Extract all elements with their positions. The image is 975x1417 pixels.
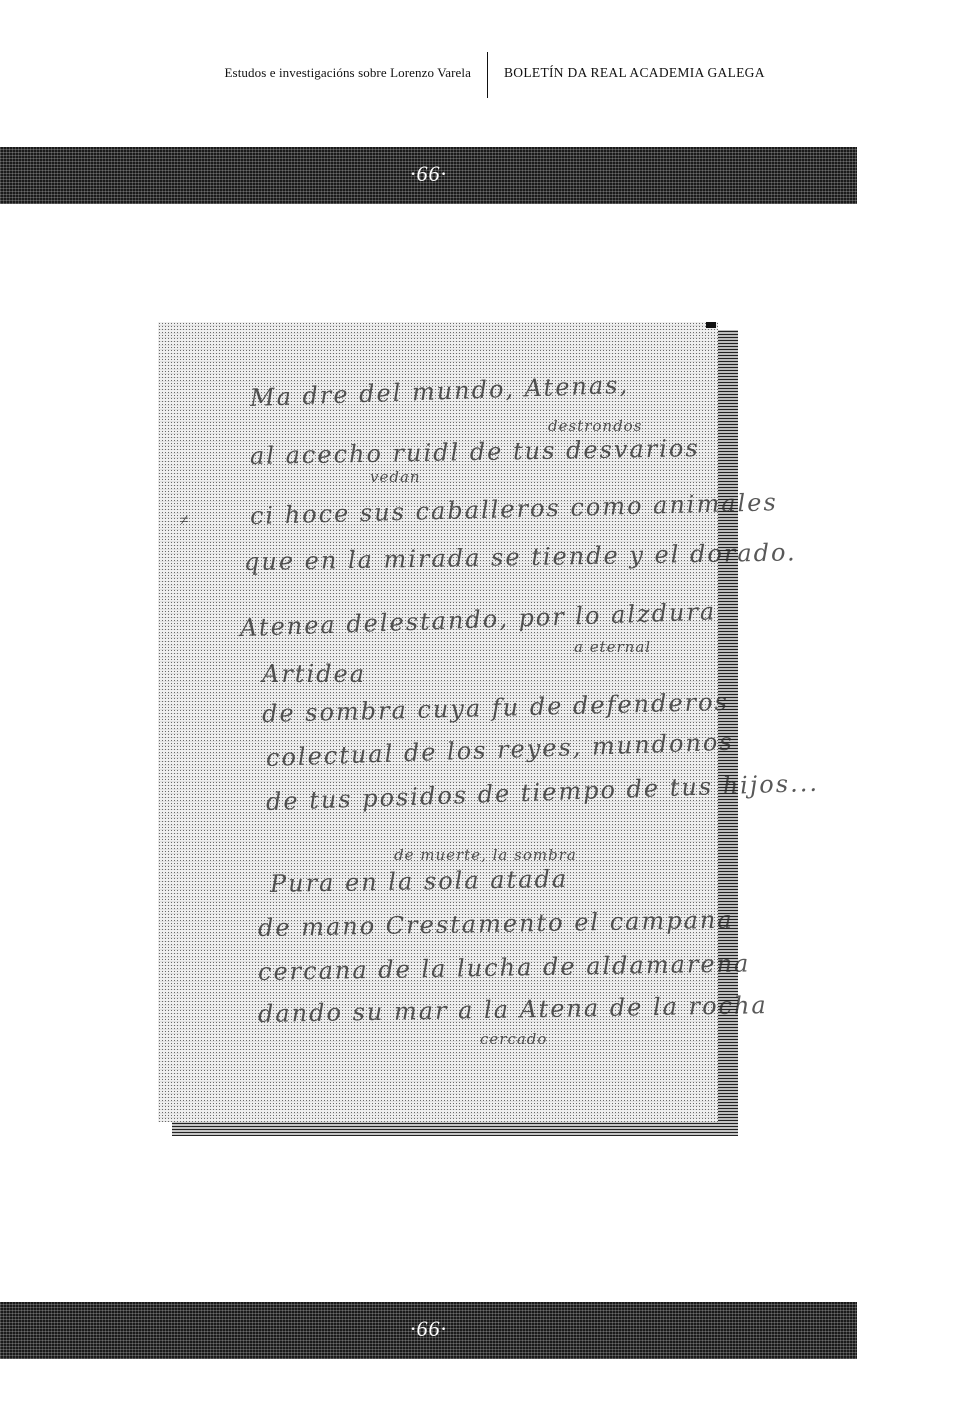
running-header-journal-title: BOLETÍN DA REAL ACADEMIA GALEGA xyxy=(504,65,765,81)
running-header-divider xyxy=(487,52,488,98)
manuscript-facsimile: ≠ Ma dre del mundo, Atenas, destrondos a… xyxy=(158,322,738,1136)
running-header-section-title: Estudos e investigacións sobre Lorenzo V… xyxy=(225,65,472,81)
footer-band: ·66· xyxy=(0,1302,857,1359)
handwritten-line: colectual de los reyes, mundonos xyxy=(266,728,735,772)
handwritten-line: de mano Crestamento el campana xyxy=(258,906,734,942)
handwritten-interlinear: a eternal xyxy=(574,638,651,656)
page-number-top: ·66· xyxy=(0,161,857,187)
handwritten-line: cercana de la lucha de aldamarena xyxy=(258,949,751,986)
handwritten-line: que en la mirada se tiende y el dorado. xyxy=(244,538,797,576)
handwritten-line: Pura en la sola atada xyxy=(270,865,569,898)
manuscript-shadow-bottom xyxy=(172,1120,738,1136)
handwritten-interlinear: vedan xyxy=(370,468,421,486)
handwritten-interlinear: cercado xyxy=(480,1030,547,1048)
header-band: ·66· xyxy=(0,147,857,204)
running-header: Estudos e investigacións sobre Lorenzo V… xyxy=(0,52,975,100)
handwritten-interlinear: de muerte, la sombra xyxy=(394,846,577,864)
manuscript-paper: ≠ Ma dre del mundo, Atenas, destrondos a… xyxy=(158,322,718,1122)
handwritten-line: al acecho ruidl de tus desvarios xyxy=(250,434,700,470)
margin-mark: ≠ xyxy=(180,512,189,530)
handwritten-line: Atenea delestando, por lo alzdura xyxy=(240,597,717,642)
handwritten-line: Artidea xyxy=(262,660,366,688)
handwritten-line: de sombra cuya fu de defenderos xyxy=(262,688,730,728)
handwritten-line: ci hoce sus caballeros como animales xyxy=(250,488,778,530)
handwritten-line: Ma dre del mundo, Atenas, xyxy=(250,371,630,412)
manuscript-corner-mark xyxy=(706,322,716,328)
page-number-bottom: ·66· xyxy=(0,1316,857,1342)
handwritten-interlinear: destrondos xyxy=(548,417,642,435)
handwritten-line: dando su mar a la Atena de la rocha xyxy=(258,991,768,1028)
